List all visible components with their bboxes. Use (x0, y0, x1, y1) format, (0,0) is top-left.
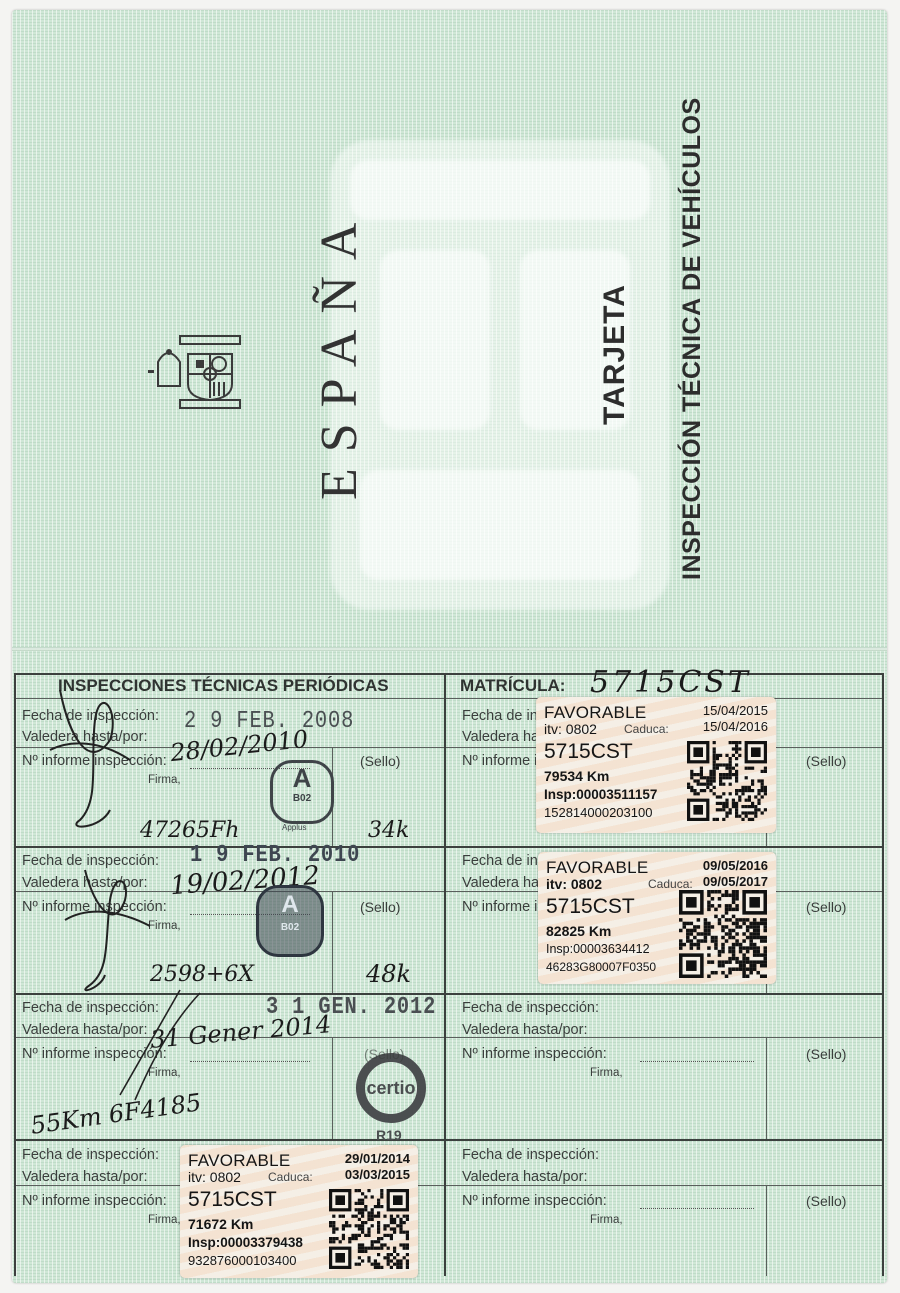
stamp-code: B02 (273, 793, 331, 804)
signature (55, 850, 165, 1000)
stamp-letter: A (273, 763, 331, 793)
certio-stamp: certio (356, 1053, 426, 1123)
informe-label: Nº informe inspección: (462, 1193, 607, 1209)
sticker-result: FAVORABLE (546, 858, 649, 878)
card-title: TARJETA (598, 284, 632, 425)
stamp-brand: Applus (282, 823, 306, 832)
signature (40, 680, 150, 840)
fold-line (12, 647, 887, 651)
informe-field (640, 1061, 754, 1062)
itv-sticker: FAVORABLE itv: 0802 Caduca: 29/01/2014 0… (180, 1145, 418, 1278)
handwritten-note: 47265Fh (140, 818, 239, 843)
sticker-caduca: Caduca: (624, 722, 669, 736)
signature (80, 985, 220, 1105)
sello-label: (Sello) (806, 1193, 846, 1209)
fecha-label: Fecha de inspección: (22, 1147, 159, 1163)
sticker-date-expiry: 15/04/2016 (703, 719, 768, 734)
sticker-code: 932876000103400 (188, 1253, 296, 1268)
fecha-label: Fecha de inspección: (462, 1000, 599, 1016)
stamp-letter: A (259, 888, 321, 922)
sticker-insp: Insp:00003634412 (546, 942, 650, 956)
sello-label: (Sello) (360, 753, 400, 769)
qr-code-icon (687, 741, 767, 821)
matricula-label: MATRÍCULA: (460, 676, 565, 696)
valedera-label: Valedera hasta/por: (462, 1022, 587, 1038)
sello-label: (Sello) (360, 899, 400, 915)
sticker-plate: 5715CST (188, 1188, 277, 1212)
stamp-code: R19 (376, 1127, 402, 1143)
sticker-date-inspection: 15/04/2015 (703, 703, 768, 718)
handwritten-note: 2598+6X (150, 962, 254, 987)
firma-label: Firma, (590, 1067, 623, 1079)
firma-label: Firma, (148, 1214, 181, 1226)
sticker-itv: itv: 0802 (546, 876, 602, 892)
handwritten-note: 34k (368, 818, 409, 843)
sticker-insp: Insp:00003379438 (188, 1235, 303, 1250)
qr-code-icon (679, 890, 767, 978)
informe-field (640, 1208, 754, 1209)
sello-label: (Sello) (806, 899, 846, 915)
sticker-km: 82825 Km (546, 923, 611, 939)
matricula-handwritten: 5715CST (590, 665, 751, 700)
sello-label: (Sello) (364, 1046, 404, 1062)
sticker-plate: 5715CST (546, 895, 635, 919)
itv-sticker: FAVORABLE itv: 0802 Caduca: 09/05/2016 0… (538, 852, 776, 984)
sticker-km: 71672 Km (188, 1216, 253, 1232)
card-subtitle: INSPECCIÓN TÉCNICA DE VEHÍCULOS (678, 97, 707, 580)
sticker-code: 46283G80007F0350 (546, 960, 656, 974)
sticker-code: 152814000203100 (544, 805, 652, 820)
country-title: ESPAÑA (310, 207, 369, 501)
sticker-date-expiry: 03/03/2015 (345, 1167, 410, 1182)
applus-stamp: A B02 (256, 885, 324, 957)
informe-label: Nº informe inspección: (22, 1193, 167, 1209)
firma-label: Firma, (148, 774, 181, 786)
sticker-date-expiry: 09/05/2017 (703, 874, 768, 889)
sticker-date-inspection: 29/01/2014 (345, 1151, 410, 1166)
valedera-label: Valedera hasta/por: (462, 1169, 587, 1185)
itv-sticker: FAVORABLE itv: 0802 Caduca: 15/04/2015 1… (536, 697, 776, 833)
valedera-label: Valedera hasta/por: (22, 1169, 147, 1185)
sticker-date-inspection: 09/05/2016 (703, 858, 768, 873)
sticker-result: FAVORABLE (188, 1151, 291, 1171)
sticker-caduca: Caduca: (648, 877, 693, 891)
sticker-itv: itv: 0802 (544, 721, 597, 737)
stamp-code: B02 (259, 922, 321, 933)
sticker-km: 79534 Km (544, 768, 609, 784)
informe-label: Nº informe inspección: (462, 1046, 607, 1062)
handwritten-note: 48k (366, 960, 411, 988)
sticker-insp: Insp:00003511157 (544, 787, 657, 802)
sticker-plate: 5715CST (544, 740, 633, 764)
sello-label: (Sello) (806, 1046, 846, 1062)
applus-stamp: A B02 (270, 760, 334, 824)
sticker-result: FAVORABLE (544, 703, 647, 723)
sello-label: (Sello) (806, 753, 846, 769)
sticker-caduca: Caduca: (268, 1170, 313, 1184)
fecha-label: Fecha de inspección: (462, 1147, 599, 1163)
firma-label: Firma, (590, 1214, 623, 1226)
sticker-itv: itv: 0802 (188, 1169, 241, 1185)
coat-of-arms-icon (140, 322, 250, 422)
qr-code-icon (329, 1189, 409, 1269)
